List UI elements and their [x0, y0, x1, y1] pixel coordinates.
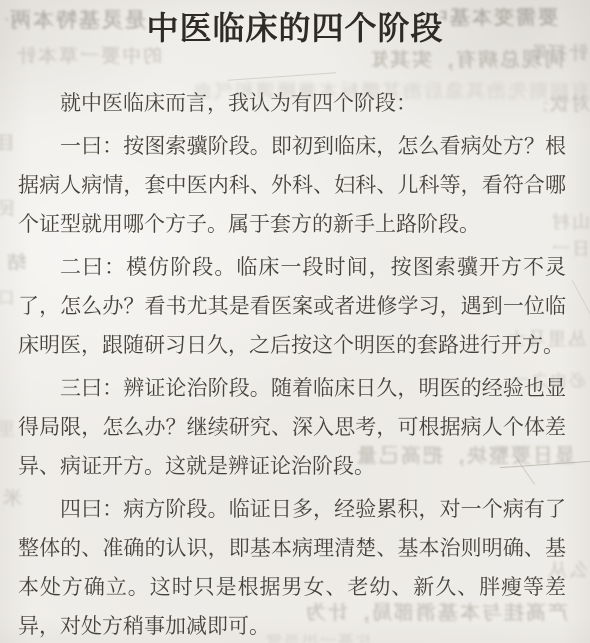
bleedthrough-text: 口 [0, 289, 15, 309]
paragraph-intro: 就中医临床而言，我认为有四个阶段： [18, 84, 566, 123]
scanned-book-page: 是灵基特本两值 要需变本基中 同现总病有，实其知 的中要一草本针 针打吃 有病则… [0, 0, 590, 643]
page-title: 中医临床的四个阶段 [0, 3, 590, 49]
bleedthrough-text: 里再出 [0, 420, 15, 440]
pencil-mark [572, 280, 590, 321]
bleedthrough-text: 同现总病有，实其知 [372, 50, 564, 73]
bleedthrough-text: 目 [0, 134, 15, 155]
paragraph-stage2: 二曰：模仿阶段。临床一段时间，按图索骥开方不灵了，怎么办？看书尤其是看医案或者进… [18, 248, 566, 365]
bleedthrough-text: 的中要一草本针 [4, 47, 162, 70]
bleedthrough-text: 民 [0, 200, 15, 221]
paragraph-stage4: 四曰：病方阶段。临证日多，经验累积，对一个病有了整体的、准确的认识，即基本病理清… [18, 490, 566, 643]
paragraph-stage3: 三曰：辨证论治阶段。随着临床日久，明医的经验也显得局限，怎么办？继续研究、深入思… [18, 369, 566, 486]
paragraph-stage1: 一曰：按图索骥阶段。即初到临床，怎么看病处方？根据病人病情，套中医内科、外科、妇… [18, 127, 566, 244]
article-body: 就中医临床而言，我认为有四个阶段： 一曰：按图索骥阶段。即初到临床，怎么看病处方… [18, 84, 566, 643]
pencil-mark [228, 72, 336, 81]
